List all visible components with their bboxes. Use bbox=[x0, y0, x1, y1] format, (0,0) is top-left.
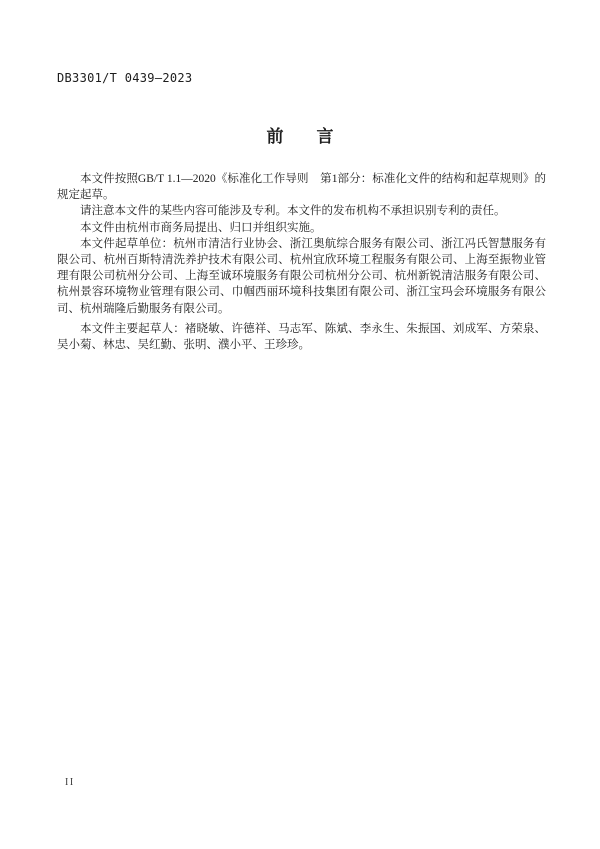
page-number: II bbox=[65, 777, 75, 788]
foreword-title-char-1: 前 bbox=[267, 122, 284, 147]
document-page: DB3301/T 0439—2023 前 言 本文件按照GB/T 1.1—202… bbox=[0, 0, 600, 849]
paragraph-drafting-organizations: 本文件起草单位：杭州市清洁行业协会、浙江奥航综合服务有限公司、浙江冯氏智慧服务有… bbox=[57, 236, 546, 317]
standard-number-header: DB3301/T 0439—2023 bbox=[57, 71, 192, 85]
paragraph-issuing-body: 本文件由杭州市商务局提出、归口并组织实施。 bbox=[57, 220, 546, 236]
foreword-body: 本文件按照GB/T 1.1—2020《标准化工作导则 第1部分：标准化文件的结构… bbox=[57, 171, 546, 353]
paragraph-main-drafters: 本文件主要起草人：褚晓敏、许德祥、马志军、陈斌、李永生、朱振国、刘成军、方荣泉、… bbox=[57, 321, 546, 353]
paragraph-drafting-rules: 本文件按照GB/T 1.1—2020《标准化工作导则 第1部分：标准化文件的结构… bbox=[57, 171, 546, 203]
foreword-title-char-2: 言 bbox=[317, 122, 334, 147]
paragraph-patent-notice: 请注意本文件的某些内容可能涉及专利。本文件的发布机构不承担识别专利的责任。 bbox=[57, 203, 546, 219]
foreword-title: 前 言 bbox=[0, 122, 600, 147]
